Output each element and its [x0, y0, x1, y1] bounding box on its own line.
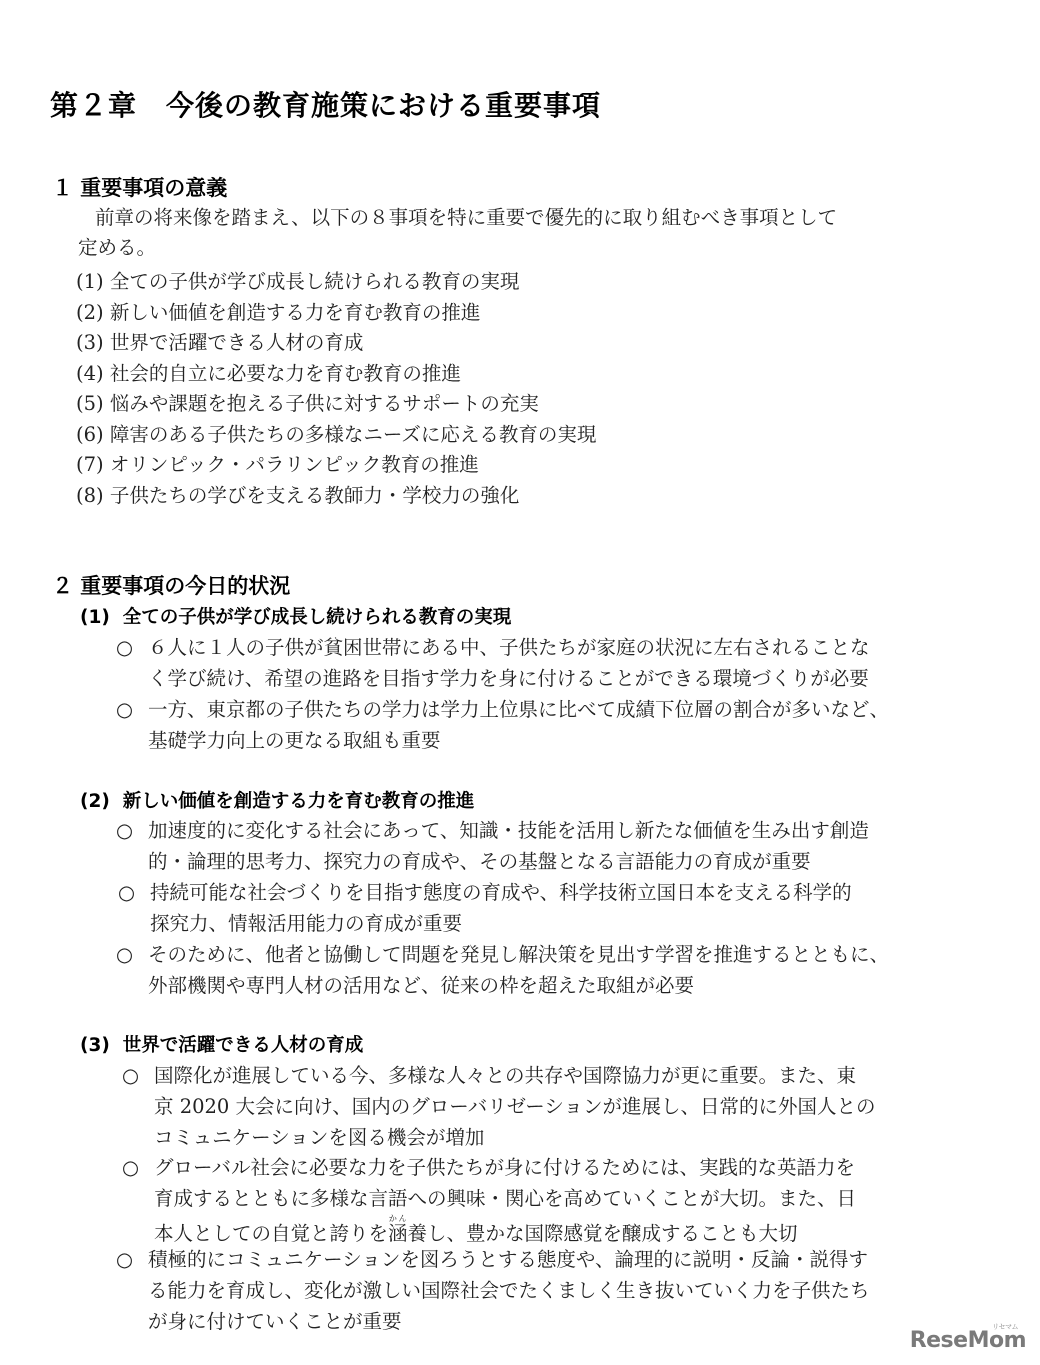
section-1-intro-line2: 定める。: [78, 233, 156, 264]
bullet-item: ○積極的にコミュニケーションを図ろうとする態度や、論理的に説明・反論・説得す る…: [116, 1244, 870, 1337]
bullet-circle-icon: ○: [116, 939, 148, 970]
bullet-circle-icon: ○: [122, 1152, 154, 1183]
bullet-item: ○そのために、他者と協働して問題を発見し解決策を見出す学習を推進するとともに、 …: [116, 939, 889, 1001]
bullet-circle-icon: ○: [116, 1244, 148, 1275]
section-1-intro-line1: 前章の将来像を踏まえ、以下の８事項を特に重要で優先的に取り組むべき事項として: [95, 203, 837, 234]
priority-item: (4) 社会的自立に必要な力を育む教育の推進: [76, 358, 461, 386]
bullet-item: ○持続可能な社会づくりを目指す態度の育成や、科学技術立国日本を支える科学的 探究…: [118, 877, 852, 939]
bullet-circle-icon: ○: [122, 1060, 154, 1091]
ruby-annotation: 涵かん: [388, 1222, 408, 1245]
subsection-1-title: (1) 全ての子供が学び成長し続けられる教育の実現: [80, 603, 511, 629]
chapter-title: 第２章 今後の教育施策における重要事項: [50, 84, 601, 124]
priority-item: (6) 障害のある子供たちの多様なニーズに応える教育の実現: [76, 419, 596, 447]
section-2-heading: ２ 重要事項の今日的状況: [52, 570, 290, 600]
priority-item: (8) 子供たちの学びを支える教師力・学校力の強化: [76, 480, 519, 508]
bullet-item: ○国際化が進展している今、多様な人々との共存や国際協力が更に重要。また、東 京 …: [122, 1060, 876, 1153]
resemom-logo: ReseMomリセマム: [910, 1328, 1026, 1353]
subsection-3-title: (3) 世界で活躍できる人材の育成: [80, 1031, 363, 1057]
bullet-circle-icon: ○: [116, 632, 148, 663]
priority-item: (2) 新しい価値を創造する力を育む教育の推進: [76, 297, 480, 325]
priority-item: (1) 全ての子供が学び成長し続けられる教育の実現: [76, 266, 519, 294]
bullet-item: ○一方、東京都の子供たちの学力は学力上位県に比べて成績下位層の割合が多いなど、 …: [116, 694, 889, 756]
bullet-circle-icon: ○: [116, 815, 148, 846]
bullet-item: ○加速度的に変化する社会にあって、知識・技能を活用し新たな価値を生み出す創造 的…: [116, 815, 869, 877]
priority-item: (5) 悩みや課題を抱える子供に対するサポートの充実: [76, 388, 539, 416]
bullet-circle-icon: ○: [118, 877, 150, 908]
priority-item: (3) 世界で活躍できる人材の育成: [76, 327, 363, 355]
section-1-heading: １ 重要事項の意義: [52, 172, 227, 202]
bullet-item: ○６人に１人の子供が貧困世帯にある中、子供たちが家庭の状況に左右されることな く…: [116, 632, 870, 694]
bullet-item: ○グローバル社会に必要な力を子供たちが身に付けるためには、実践的な英語力を 育成…: [122, 1152, 856, 1249]
priority-item: (7) オリンピック・パラリンピック教育の推進: [76, 449, 479, 477]
bullet-circle-icon: ○: [116, 694, 148, 725]
subsection-2-title: (2) 新しい価値を創造する力を育む教育の推進: [80, 787, 474, 813]
